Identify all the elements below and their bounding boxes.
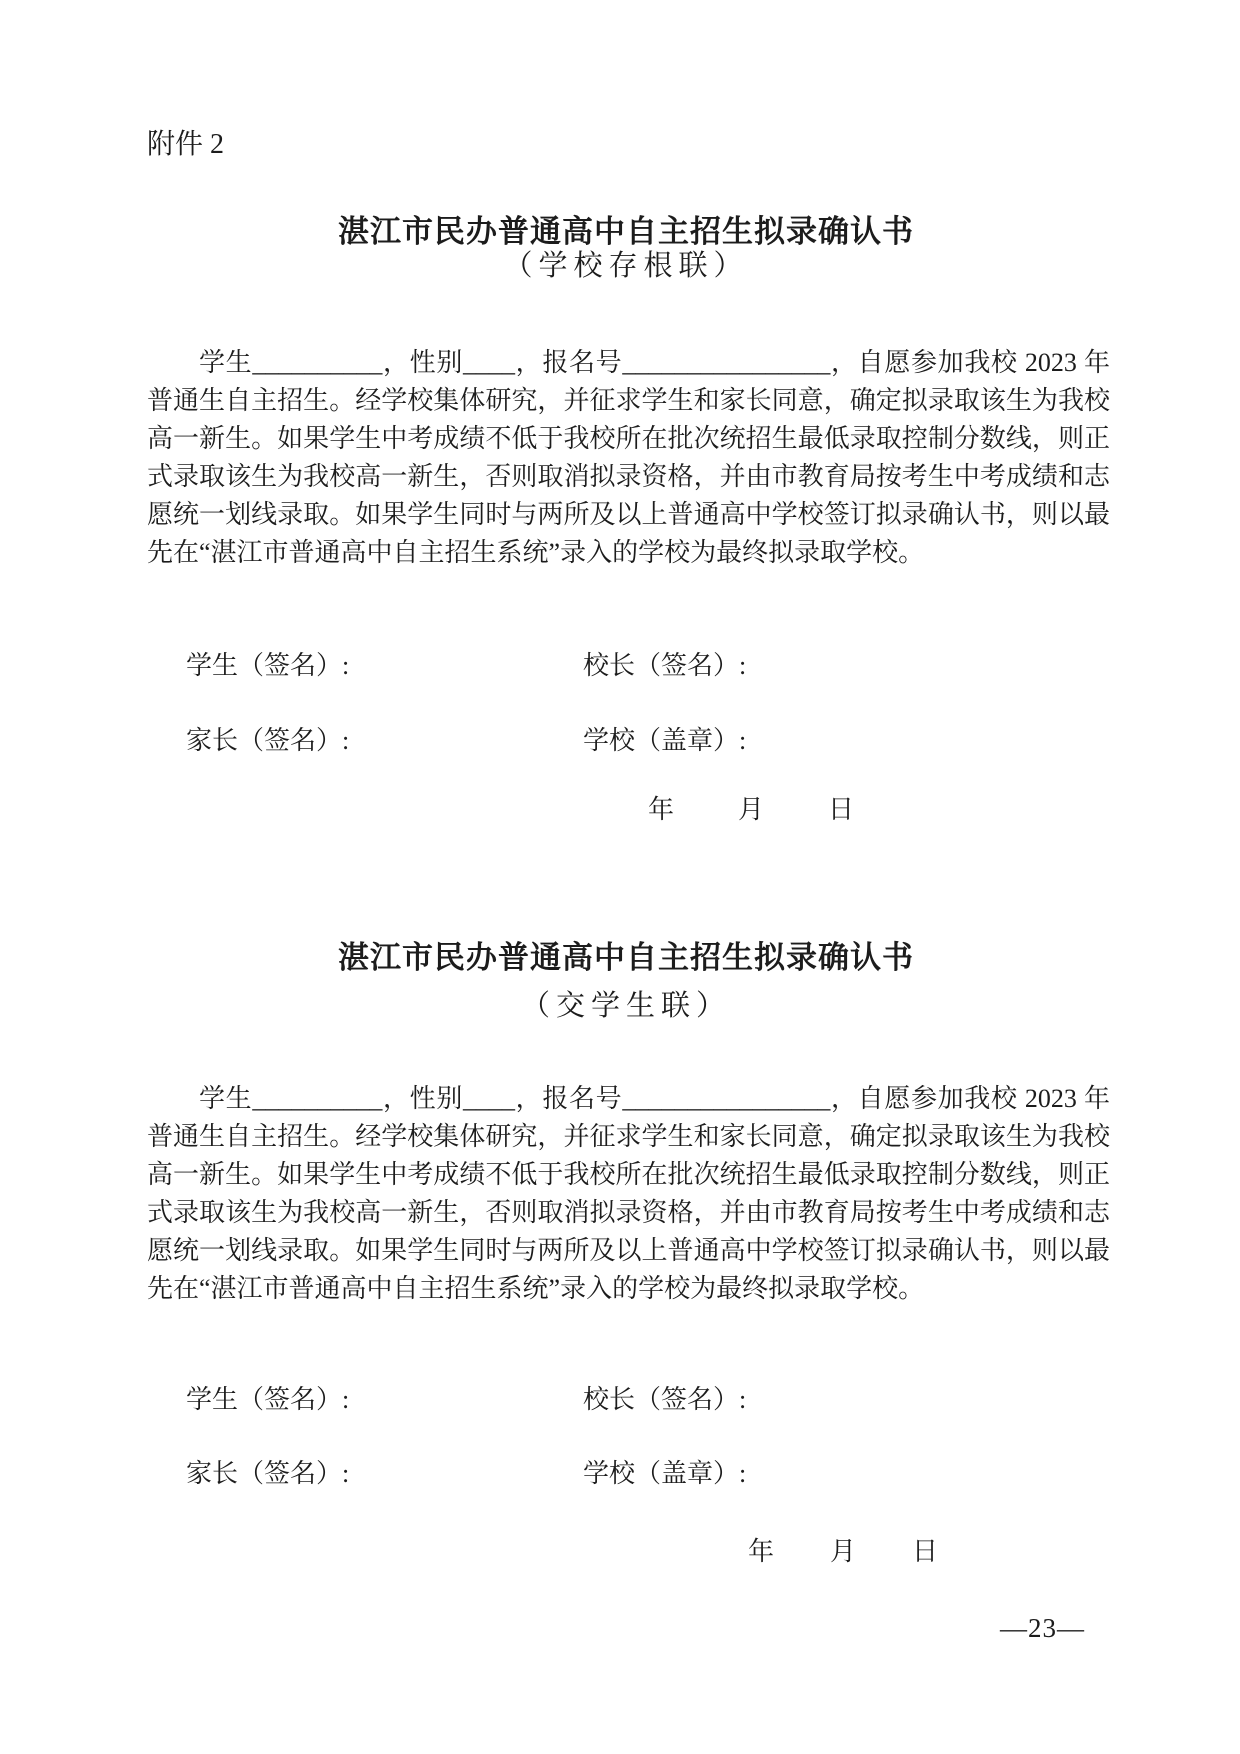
- form1-date-year: 年: [648, 794, 674, 826]
- form2-school-seal-label: 学校（盖章）:: [583, 1458, 746, 1490]
- form2-principal-signature-label: 校长（签名）:: [583, 1384, 746, 1416]
- form1-student-signature-label: 学生（签名）:: [186, 650, 349, 682]
- form2-parent-signature-label: 家长（签名）:: [186, 1458, 349, 1490]
- attachment-label: 附件 2: [147, 128, 224, 162]
- form2-date-day: 日: [912, 1536, 938, 1568]
- document-page: 附件 2 湛江市民办普通高中自主招生拟录确认书 （学校存根联） 学生______…: [0, 0, 1240, 1754]
- form2-date-year: 年: [748, 1536, 774, 1568]
- form1-title: 湛江市民办普通高中自主招生拟录确认书: [147, 211, 1105, 253]
- form1-date-month: 月: [738, 794, 764, 826]
- form1-body-paragraph: 学生__________，性别____，报名号________________，…: [147, 344, 1110, 572]
- form2-date-line: 年 月 日: [748, 1536, 938, 1568]
- form1-school-seal-label: 学校（盖章）:: [583, 725, 746, 757]
- form2-body-paragraph: 学生__________，性别____，报名号________________，…: [147, 1080, 1110, 1308]
- form2-date-month: 月: [830, 1536, 856, 1568]
- form2-title: 湛江市民办普通高中自主招生拟录确认书: [147, 937, 1105, 979]
- form1-date-line: 年 月 日: [648, 794, 854, 826]
- form1-parent-signature-label: 家长（签名）:: [186, 725, 349, 757]
- form1-principal-signature-label: 校长（签名）:: [583, 650, 746, 682]
- form1-subtitle: （学校存根联）: [147, 248, 1105, 284]
- page-number: —23—: [1000, 1612, 1085, 1644]
- form1-date-day: 日: [828, 794, 854, 826]
- form2-subtitle: （交学生联）: [147, 988, 1105, 1024]
- form2-student-signature-label: 学生（签名）:: [186, 1384, 349, 1416]
